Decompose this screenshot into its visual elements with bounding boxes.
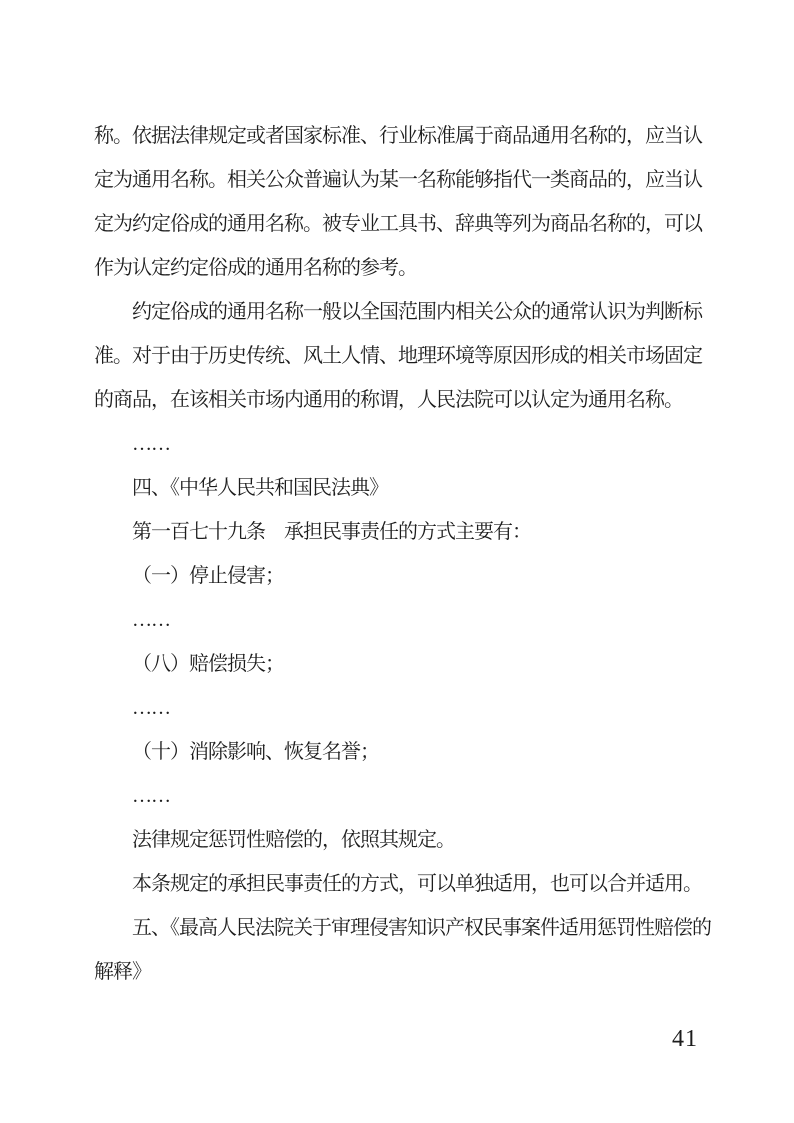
text-line: 定为通用名称。相关公众普遍认为某一名称能够指代一类商品的，应当认	[94, 158, 706, 202]
text-line: 作为认定约定俗成的通用名称的参考。	[94, 246, 706, 290]
text-line: 本条规定的承担民事责任的方式，可以单独适用，也可以合并适用。	[94, 862, 706, 906]
text-line: ……	[94, 686, 706, 730]
text-line: （一）停止侵害；	[94, 554, 706, 598]
text-line: 定为约定俗成的通用名称。被专业工具书、辞典等列为商品名称的，可以	[94, 202, 706, 246]
text-line: 约定俗成的通用名称一般以全国范围内相关公众的通常认识为判断标	[94, 290, 706, 334]
text-line: ……	[94, 422, 706, 466]
text-line: 第一百七十九条 承担民事责任的方式主要有：	[94, 510, 706, 554]
document-page: 称。依据法律规定或者国家标准、行业标准属于商品通用名称的，应当认定为通用名称。相…	[0, 0, 794, 1123]
text-line: ……	[94, 598, 706, 642]
text-line: 解释》	[94, 950, 706, 994]
text-line: （八）赔偿损失；	[94, 642, 706, 686]
document-body: 称。依据法律规定或者国家标准、行业标准属于商品通用名称的，应当认定为通用名称。相…	[94, 114, 706, 994]
text-line: 准。对于由于历史传统、风土人情、地理环境等原因形成的相关市场固定	[94, 334, 706, 378]
text-line: 称。依据法律规定或者国家标准、行业标准属于商品通用名称的，应当认	[94, 114, 706, 158]
text-line: 法律规定惩罚性赔偿的，依照其规定。	[94, 818, 706, 862]
text-line: （十）消除影响、恢复名誉；	[94, 730, 706, 774]
text-line: 的商品，在该相关市场内通用的称谓，人民法院可以认定为通用名称。	[94, 378, 706, 422]
page-number: 41	[672, 1024, 698, 1054]
text-line: 四、《中华人民共和国民法典》	[94, 466, 706, 510]
text-line: 五、《最高人民法院关于审理侵害知识产权民事案件适用惩罚性赔偿的	[94, 906, 706, 950]
text-line: ……	[94, 774, 706, 818]
